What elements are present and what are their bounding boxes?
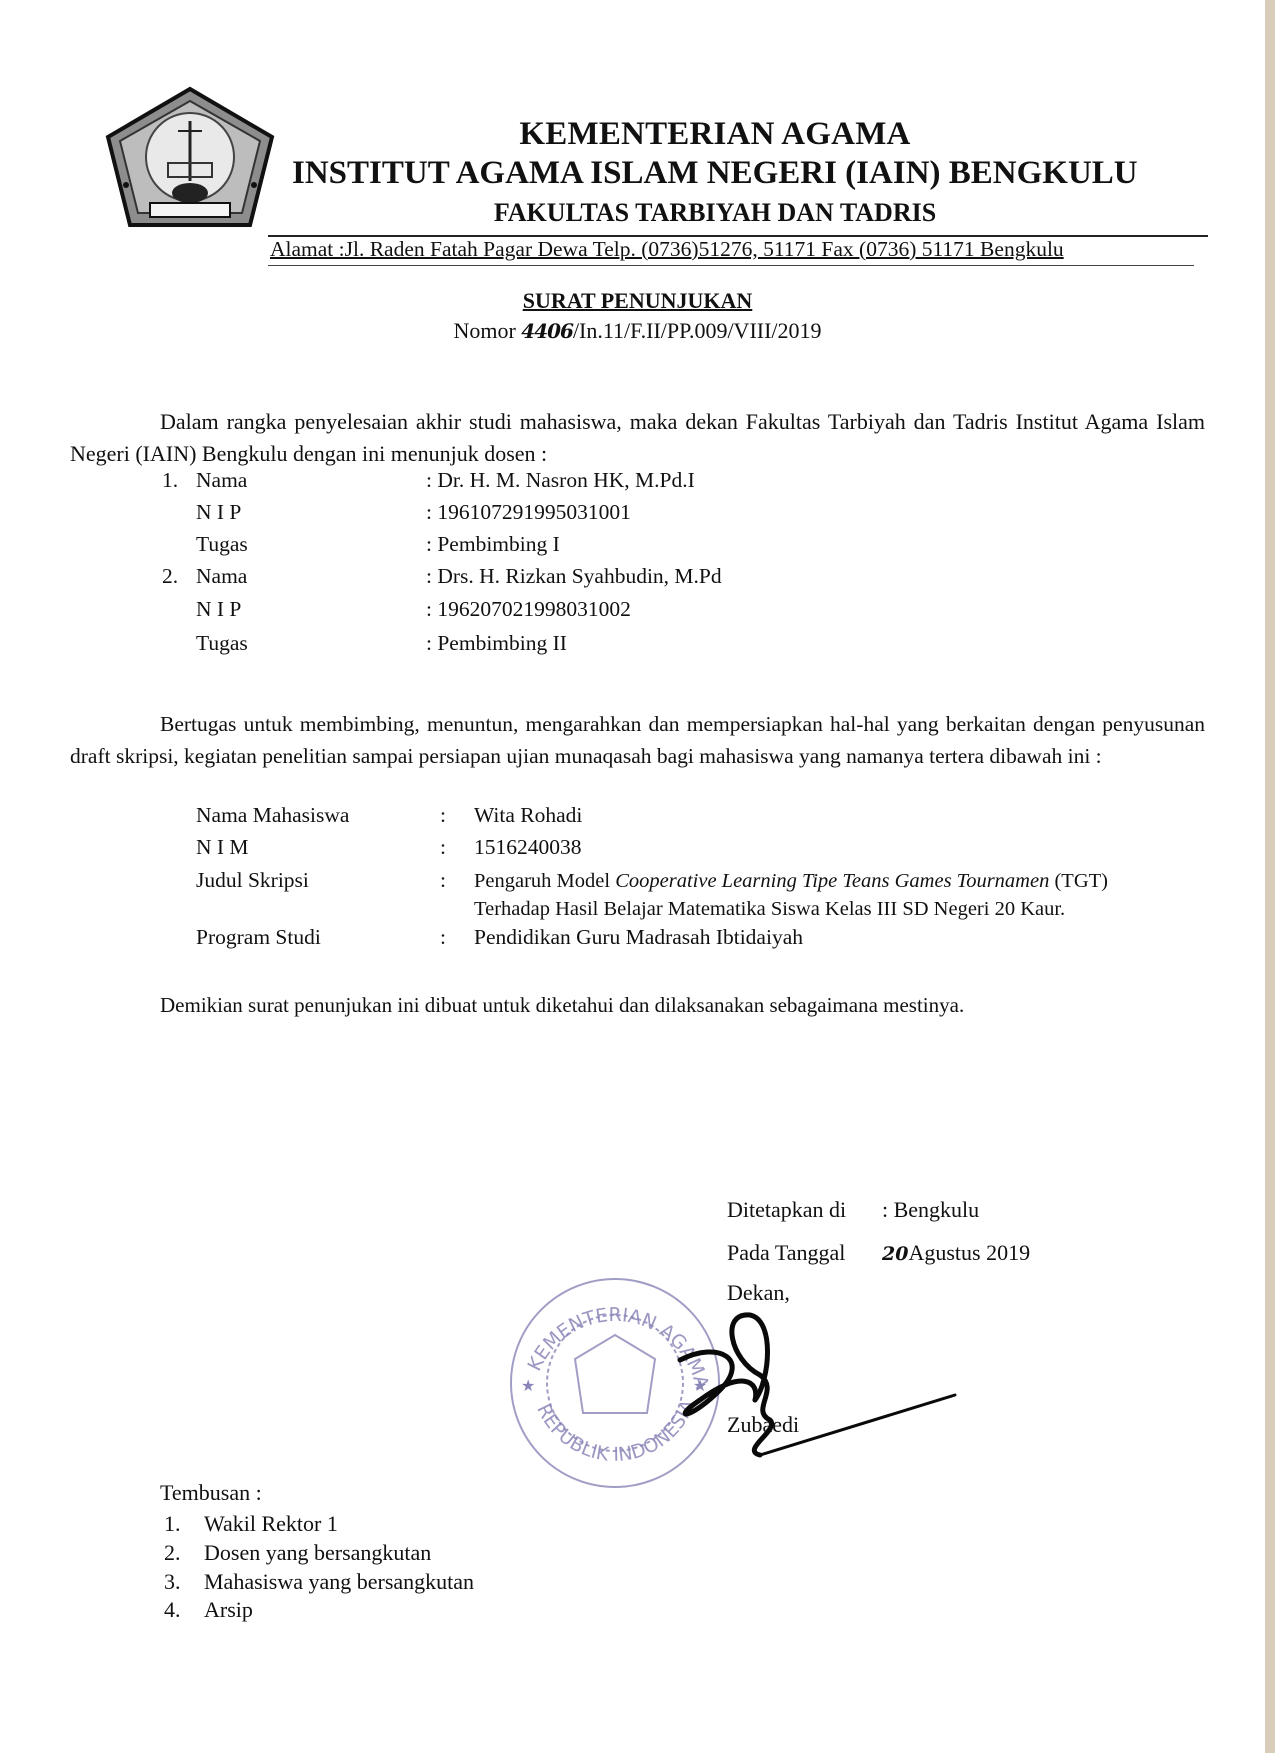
date-handwritten-day: 20 bbox=[882, 1243, 908, 1265]
lecturer-1-number: 1. bbox=[162, 468, 178, 493]
lecturer-2-tugas: : Pembimbing II bbox=[426, 631, 567, 656]
letter-number: Nomor 4406/In.11/F.II/PP.009/VIII/2019 bbox=[0, 318, 1275, 344]
svg-text:★: ★ bbox=[521, 1378, 535, 1395]
tembusan-item: 2.Dosen yang bersangkutan bbox=[164, 1540, 431, 1566]
ministry-heading: KEMENTERIAN AGAMA bbox=[0, 116, 1275, 153]
tembusan-item: 1.Wakil Rektor 1 bbox=[164, 1511, 338, 1537]
student-nim: 1516240038 bbox=[474, 835, 582, 860]
student-name: Wita Rohadi bbox=[474, 803, 582, 828]
address-rule bbox=[268, 265, 1194, 266]
intro-paragraph: Dalam rangka penyelesaian akhir studi ma… bbox=[70, 406, 1205, 470]
thesis-title-line-1: Pengaruh Model Cooperative Learning Tipe… bbox=[474, 870, 1108, 893]
study-program-label: Program Studi bbox=[196, 925, 321, 950]
student-name-label: Nama Mahasiswa bbox=[196, 803, 349, 828]
colon: : bbox=[440, 868, 446, 893]
date-value: 20Agustus 2019 bbox=[882, 1240, 1030, 1266]
tembusan-title: Tembusan : bbox=[160, 1480, 262, 1506]
nomor-label: Nomor bbox=[453, 318, 515, 343]
faculty-heading: FAKULTAS TARBIYAH DAN TADRIS bbox=[0, 198, 1275, 228]
lecturer-1-nama-label: Nama bbox=[196, 468, 247, 493]
study-program: Pendidikan Guru Madrasah Ibtidaiyah bbox=[474, 925, 803, 950]
lecturer-1-tugas: : Pembimbing I bbox=[426, 532, 560, 557]
institute-heading: INSTITUT AGAMA ISLAM NEGERI (IAIN) BENGK… bbox=[292, 155, 1138, 192]
lecturer-2-tugas-label: Tugas bbox=[196, 631, 248, 656]
lecturer-2-nip: : 196207021998031002 bbox=[426, 597, 631, 622]
lecturer-2-nama-label: Nama bbox=[196, 564, 247, 589]
duty-paragraph: Bertugas untuk membimbing, menuntun, men… bbox=[70, 708, 1205, 772]
thesis-title-line-2: Terhadap Hasil Belajar Matematika Siswa … bbox=[474, 898, 1065, 921]
colon: : bbox=[440, 925, 446, 950]
student-nim-label: N I M bbox=[196, 835, 249, 860]
lecturer-1-nip-label: N I P bbox=[196, 500, 241, 525]
dean-signature bbox=[660, 1300, 960, 1470]
scan-edge-strip bbox=[1265, 0, 1275, 1753]
thesis-title-label: Judul Skripsi bbox=[196, 868, 309, 893]
place-value: : Bengkulu bbox=[882, 1197, 979, 1223]
lecturer-1-nama: : Dr. H. M. Nasron HK, M.Pd.I bbox=[426, 468, 695, 493]
date-label: Pada Tanggal bbox=[727, 1240, 845, 1266]
closing-paragraph: Demikian surat penunjukan ini dibuat unt… bbox=[160, 989, 1220, 1021]
colon: : bbox=[440, 835, 446, 860]
colon: : bbox=[440, 803, 446, 828]
lecturer-1-tugas-label: Tugas bbox=[196, 532, 248, 557]
tembusan-item: 3.Mahasiswa yang bersangkutan bbox=[164, 1569, 474, 1595]
nomor-rest: /In.11/F.II/PP.009/VIII/2019 bbox=[573, 318, 822, 343]
institute-address: Alamat :Jl. Raden Fatah Pagar Dewa Telp.… bbox=[270, 237, 1064, 262]
lecturer-2-nip-label: N I P bbox=[196, 597, 241, 622]
place-label: Ditetapkan di bbox=[727, 1197, 846, 1223]
nomor-handwritten: 4406 bbox=[521, 319, 573, 343]
signer-name: Zubaedi bbox=[727, 1412, 799, 1438]
letter-title: SURAT PENUNJUKAN bbox=[0, 288, 1275, 314]
tembusan-item: 4.Arsip bbox=[164, 1597, 253, 1623]
letter-title-text: SURAT PENUNJUKAN bbox=[523, 288, 753, 313]
lecturer-2-number: 2. bbox=[162, 564, 178, 589]
lecturer-1-nip: : 196107291995031001 bbox=[426, 500, 631, 525]
lecturer-2-nama: : Drs. H. Rizkan Syahbudin, M.Pd bbox=[426, 564, 722, 589]
